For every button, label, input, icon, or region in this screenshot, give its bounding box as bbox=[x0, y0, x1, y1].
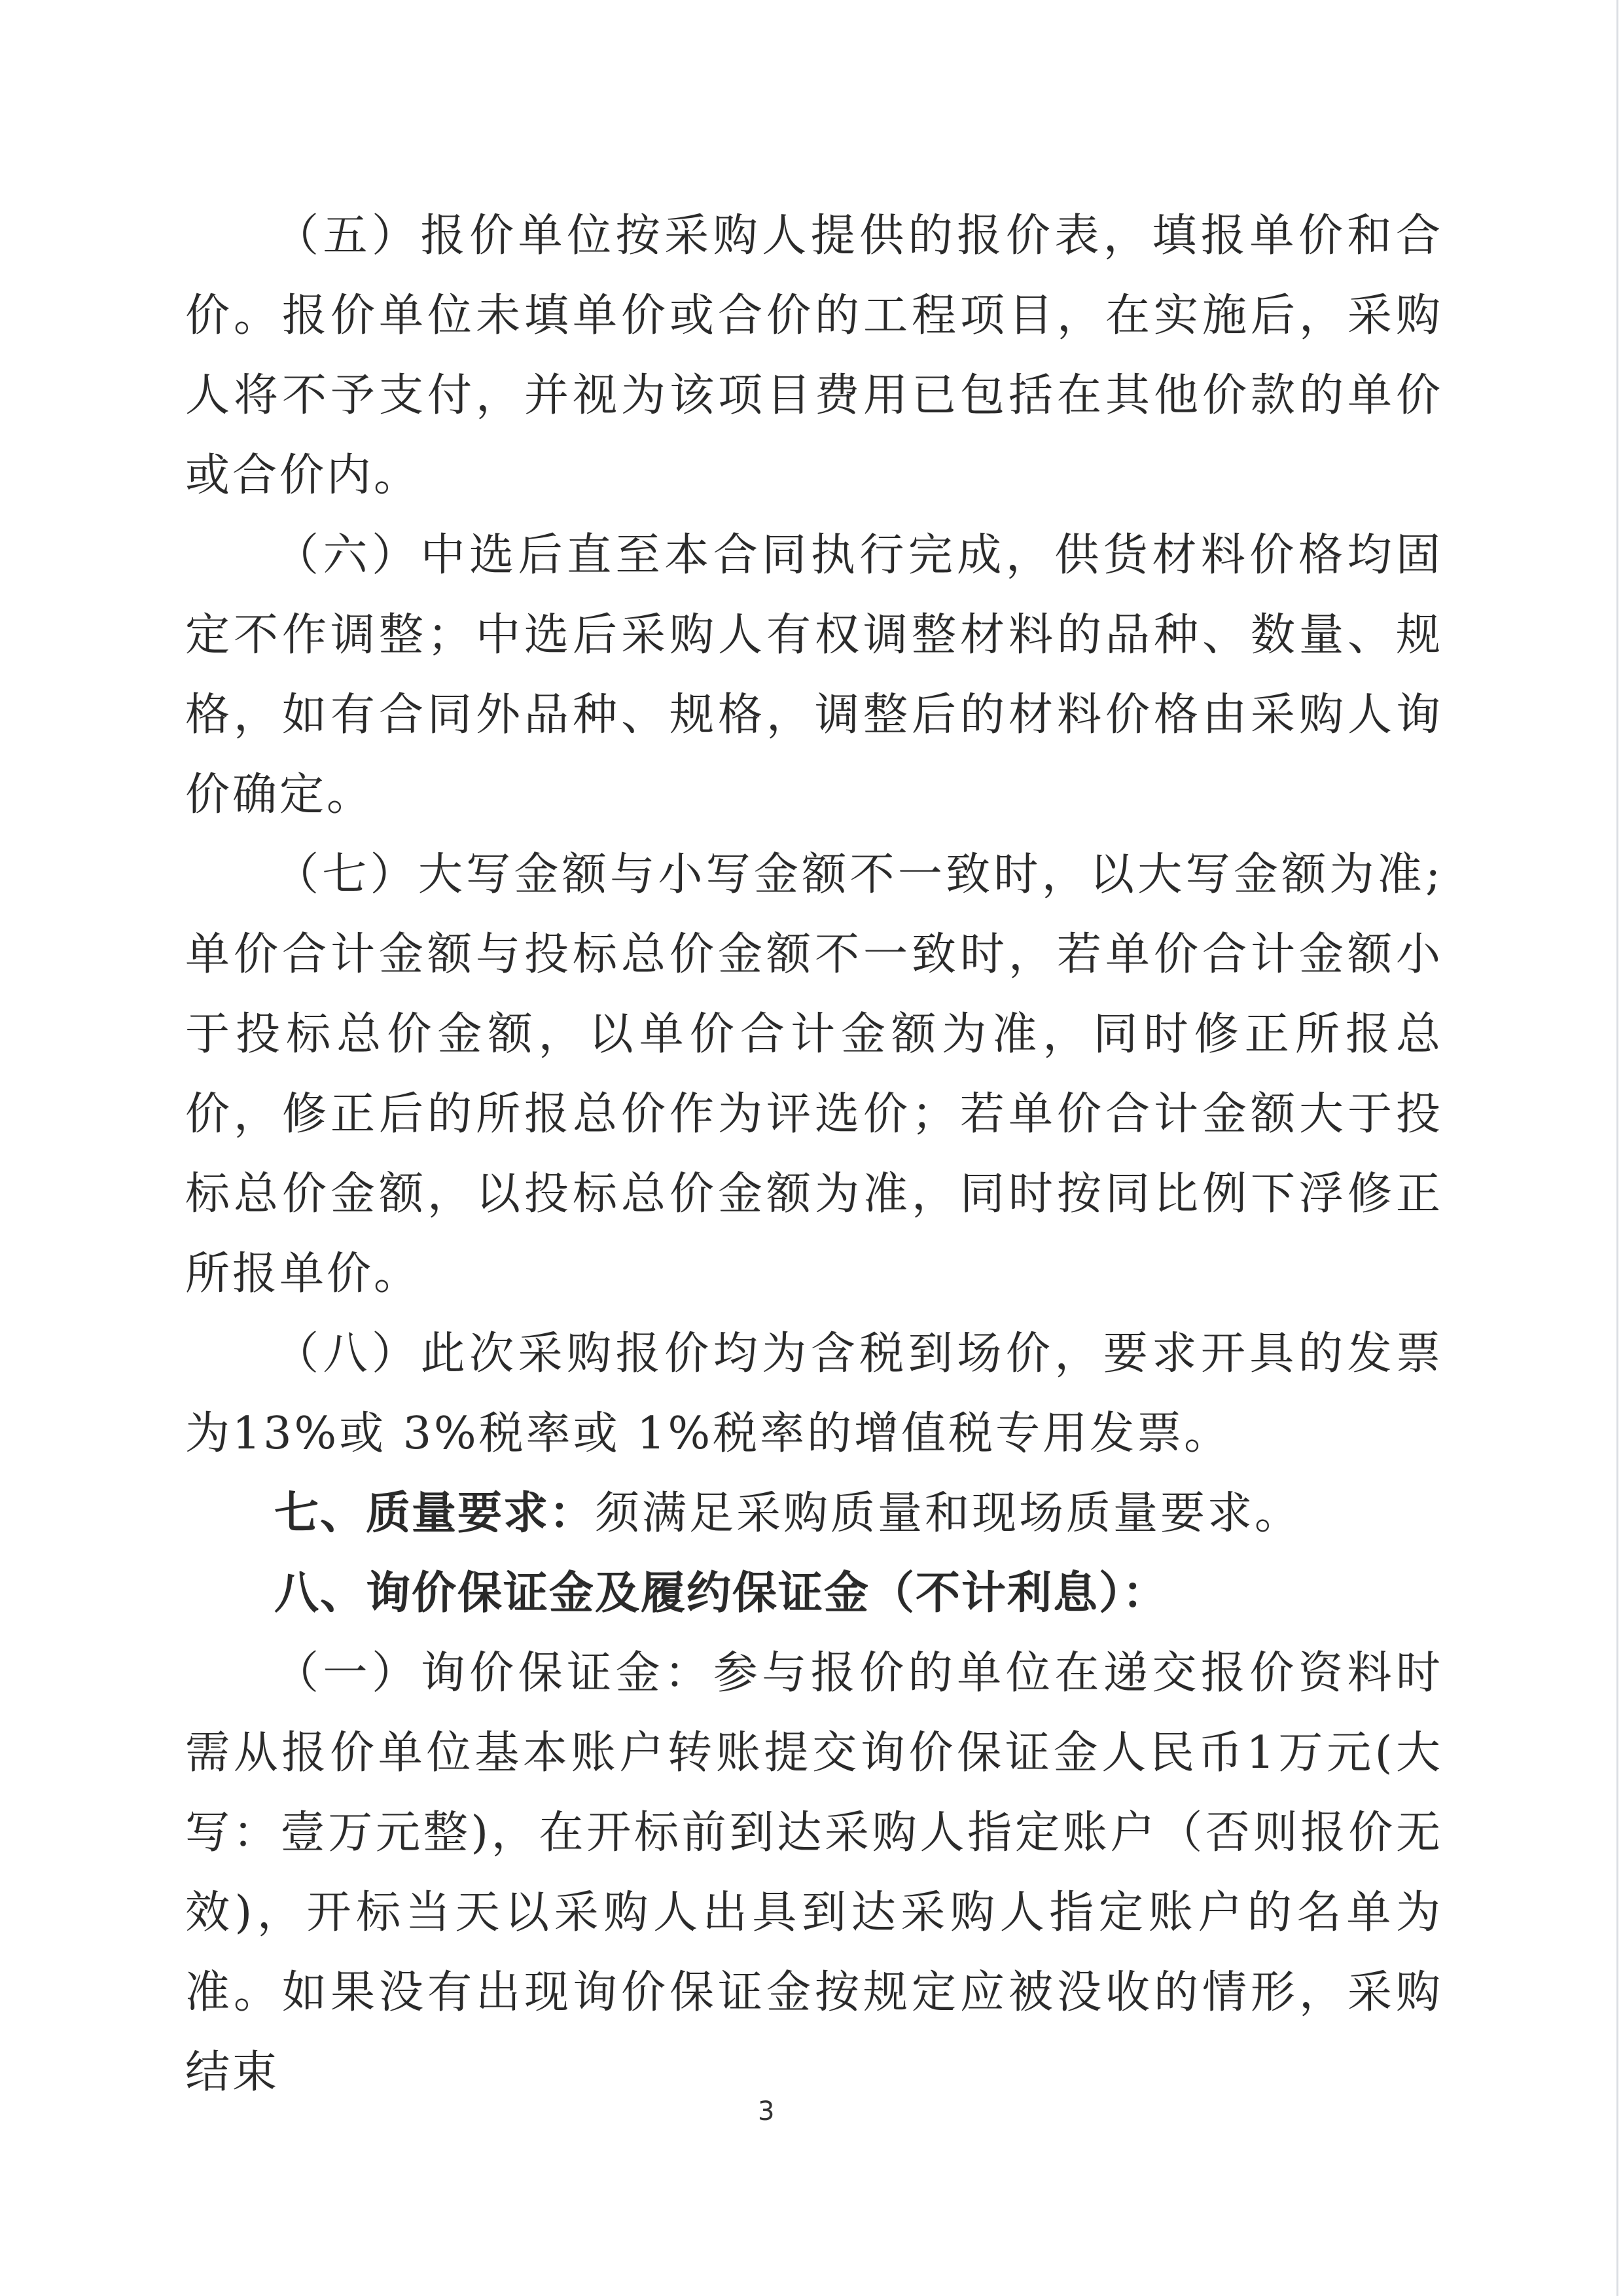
paragraph-item-5: （五）报价单位按采购人提供的报价表，填报单价和合价。报价单位未填单价或合价的工程… bbox=[185, 196, 1443, 516]
heading-quality-label: 七、质量要求： bbox=[274, 1488, 595, 1539]
paragraph-item-6: （六）中选后直至本合同执行完成，供货材料价格均固定不作调整；中选后采购人有权调整… bbox=[185, 516, 1443, 835]
heading-bond-guarantee: 八、询价保证金及履约保证金（不计利息）： bbox=[185, 1554, 1443, 1634]
heading-quality-text: 须满足采购质量和现场质量要求。 bbox=[595, 1488, 1302, 1539]
page-number: 3 bbox=[758, 2096, 774, 2127]
heading-bond-label: 八、询价保证金及履约保证金（不计利息）： bbox=[274, 1568, 1168, 1619]
scanned-document-page: （五）报价单位按采购人提供的报价表，填报单价和合价。报价单位未填单价或合价的工程… bbox=[0, 0, 1623, 2296]
paragraph-inquiry-bond: （一）询价保证金：参与报价的单位在递交报价资料时需从报价单位基本账户转账提交询价… bbox=[185, 1634, 1443, 2113]
heading-quality-requirements: 七、质量要求：须满足采购质量和现场质量要求。 bbox=[185, 1474, 1443, 1554]
paragraph-item-7: （七）大写金额与小写金额不一致时，以大写金额为准;单价合计金额与投标总价金额不一… bbox=[185, 835, 1443, 1314]
scan-edge-artifact bbox=[1616, 0, 1618, 2296]
document-body: （五）报价单位按采购人提供的报价表，填报单价和合价。报价单位未填单价或合价的工程… bbox=[185, 196, 1443, 2113]
paragraph-item-8: （八）此次采购报价均为含税到场价，要求开具的发票为13%或 3%税率或 1%税率… bbox=[185, 1314, 1443, 1474]
